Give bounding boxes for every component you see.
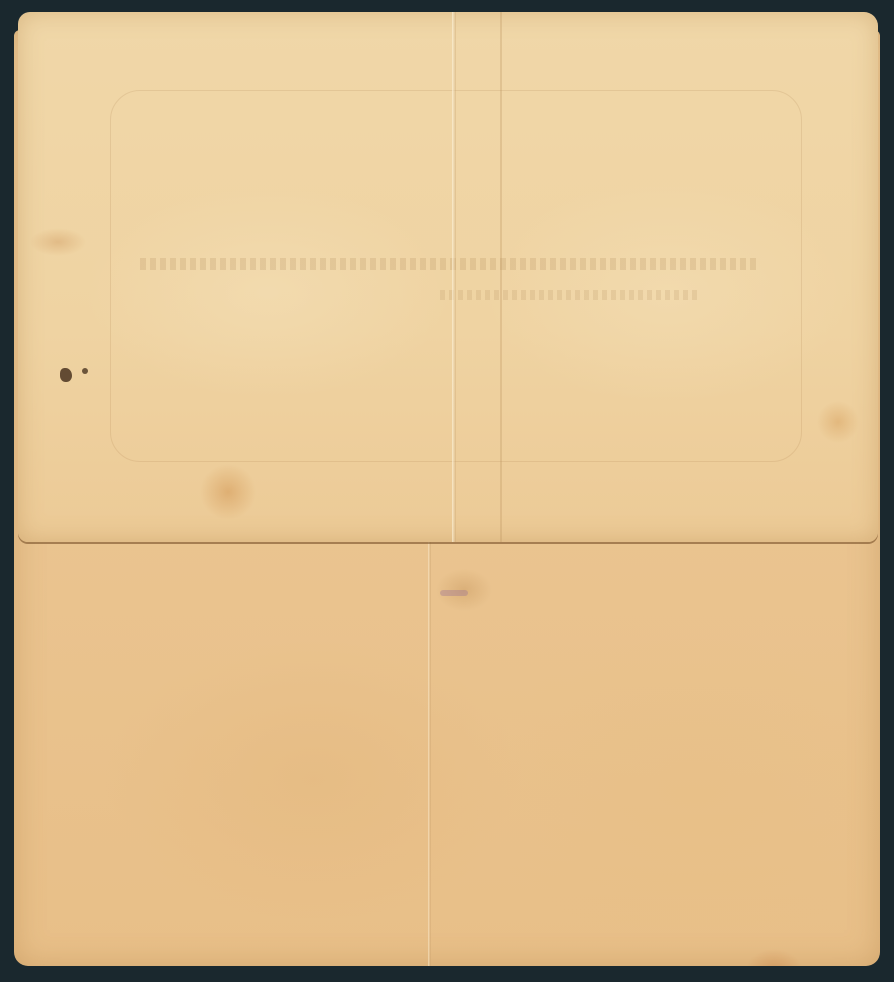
dark-stain <box>60 368 72 382</box>
ink-smudge <box>440 590 468 596</box>
show-through-border-frame <box>110 90 802 462</box>
vertical-fold-crease-upper <box>452 12 456 542</box>
dark-stain-small <box>82 368 88 374</box>
vertical-fold-crease-upper-2 <box>500 12 502 542</box>
show-through-text-line-2 <box>440 290 700 300</box>
vertical-fold-crease-lower <box>428 540 431 966</box>
show-through-text-line <box>140 258 760 270</box>
